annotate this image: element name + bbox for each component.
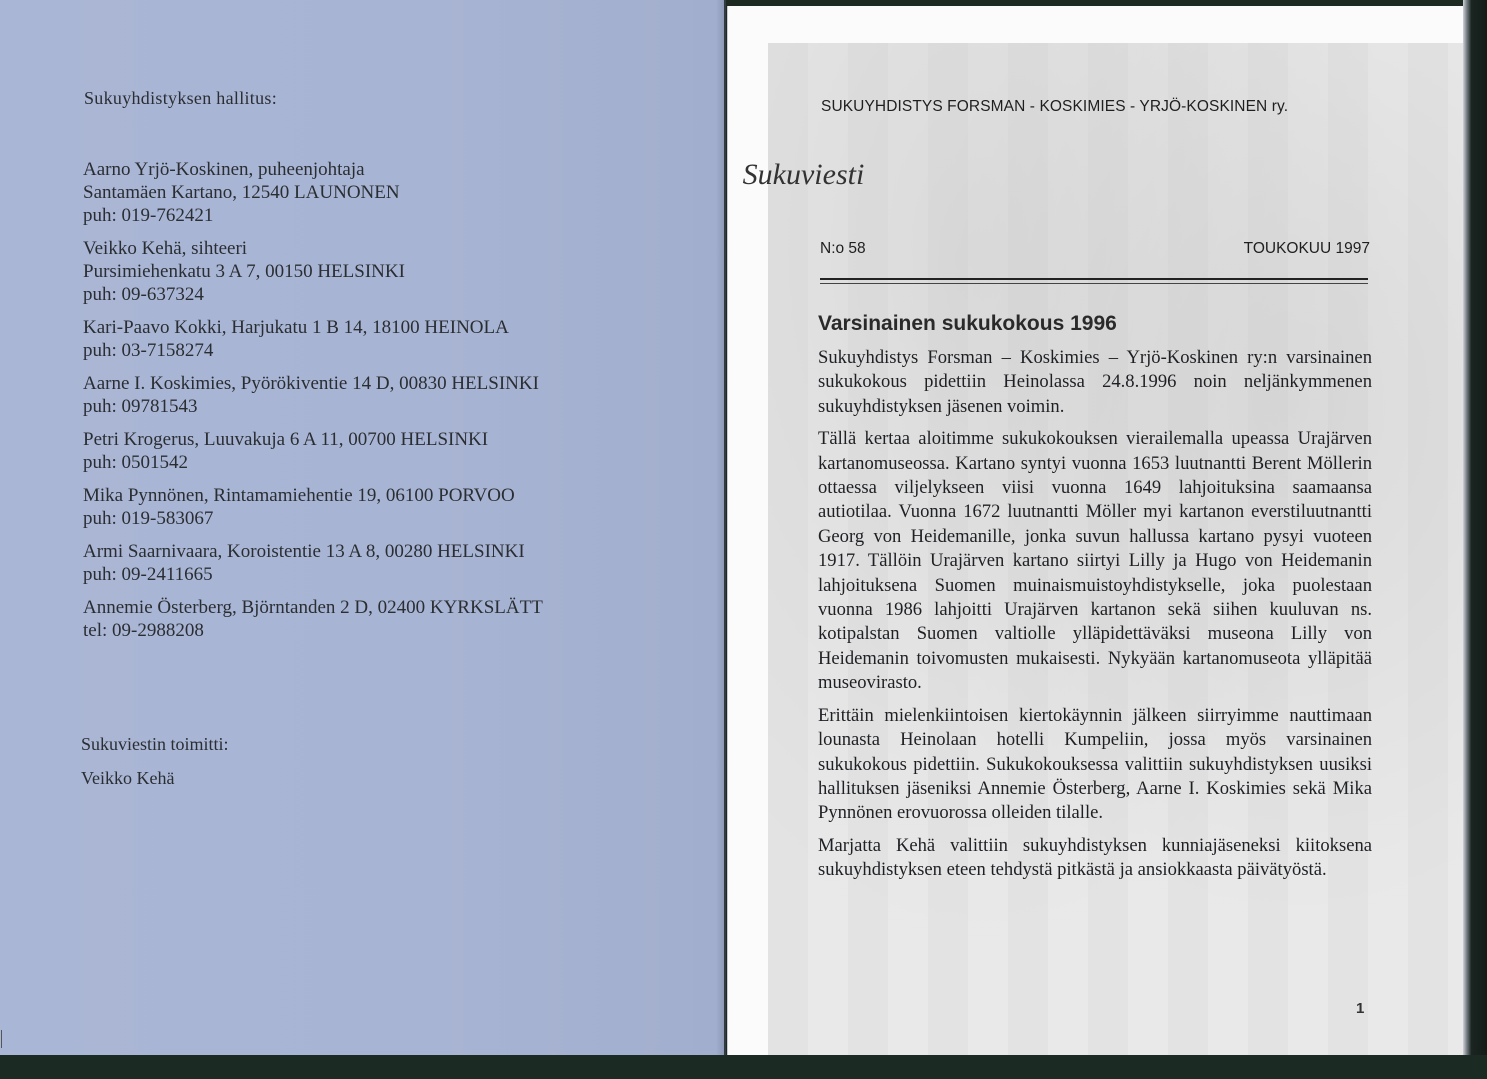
board-member-line: puh: 09-2411665	[83, 563, 683, 586]
board-member: Armi Saarnivaara, Koroistentie 13 A 8, 0…	[83, 540, 683, 586]
board-member-line: puh: 09-637324	[83, 283, 683, 306]
editor-name: Veikko Kehä	[81, 768, 174, 789]
board-heading: Sukuyhdistyksen hallitus:	[84, 88, 277, 109]
scanner-background	[0, 1055, 1487, 1079]
article: Varsinainen sukukokous 1996 Sukuyhdistys…	[818, 312, 1372, 891]
article-paragraph: Tällä kertaa aloitimme sukukokouksen vie…	[818, 427, 1372, 695]
article-paragraph: Sukuyhdistys Forsman – Koskimies – Yrjö-…	[818, 346, 1372, 419]
board-member-line: puh: 019-583067	[83, 507, 683, 530]
editor-label: Sukuviestin toimitti:	[81, 734, 229, 755]
board-member-line: puh: 09781543	[83, 395, 683, 418]
masthead: Sukuviesti	[0, 158, 1487, 192]
article-paragraph: Erittäin mielenkiintoisen kiertokäynnin …	[818, 704, 1372, 826]
board-member-line: Mika Pynnönen, Rintamamiehentie 19, 0610…	[83, 484, 683, 507]
board-member-line: Pursimiehenkatu 3 A 7, 00150 HELSINKI	[83, 260, 683, 283]
board-member-line: Annemie Österberg, Björntanden 2 D, 0240…	[83, 596, 683, 619]
board-member: Annemie Österberg, Björntanden 2 D, 0240…	[83, 596, 683, 642]
board-member-list: Aarno Yrjö-Koskinen, puheenjohtaja Santa…	[83, 158, 683, 652]
issue-number: N:o 58	[820, 240, 866, 258]
article-title: Varsinainen sukukokous 1996	[818, 312, 1372, 336]
board-member: Veikko Kehä, sihteeri Pursimiehenkatu 3 …	[83, 237, 683, 306]
board-member-line: puh: 03-7158274	[83, 339, 683, 362]
board-member-line: puh: 019-762421	[83, 204, 683, 227]
page-number: 1	[1356, 1000, 1364, 1017]
article-paragraph: Marjatta Kehä valittiin sukuyhdistyksen …	[818, 834, 1372, 883]
board-member-line: Aarne I. Koskimies, Pyörökiventie 14 D, …	[83, 372, 683, 395]
board-member: Kari-Paavo Kokki, Harjukatu 1 B 14, 1810…	[83, 316, 683, 362]
organization-name: SUKUYHDISTYS FORSMAN - KOSKIMIES - YRJÖ-…	[821, 98, 1288, 116]
margin-mark	[1, 1030, 2, 1048]
board-member-line: tel: 09-2988208	[83, 619, 683, 642]
board-member-line: Armi Saarnivaara, Koroistentie 13 A 8, 0…	[83, 540, 683, 563]
masthead-title: Sukuviesti	[743, 158, 865, 192]
board-member-line: Petri Krogerus, Luuvakuja 6 A 11, 00700 …	[83, 428, 683, 451]
double-rule-divider	[820, 278, 1368, 284]
issue-date: TOUKOKUU 1997	[1244, 240, 1370, 258]
board-member: Petri Krogerus, Luuvakuja 6 A 11, 00700 …	[83, 428, 683, 474]
board-member: Aarne I. Koskimies, Pyörökiventie 14 D, …	[83, 372, 683, 418]
board-member: Mika Pynnönen, Rintamamiehentie 19, 0610…	[83, 484, 683, 530]
board-member-line: Kari-Paavo Kokki, Harjukatu 1 B 14, 1810…	[83, 316, 683, 339]
board-member-line: Veikko Kehä, sihteeri	[83, 237, 683, 260]
board-member-line: puh: 0501542	[83, 451, 683, 474]
